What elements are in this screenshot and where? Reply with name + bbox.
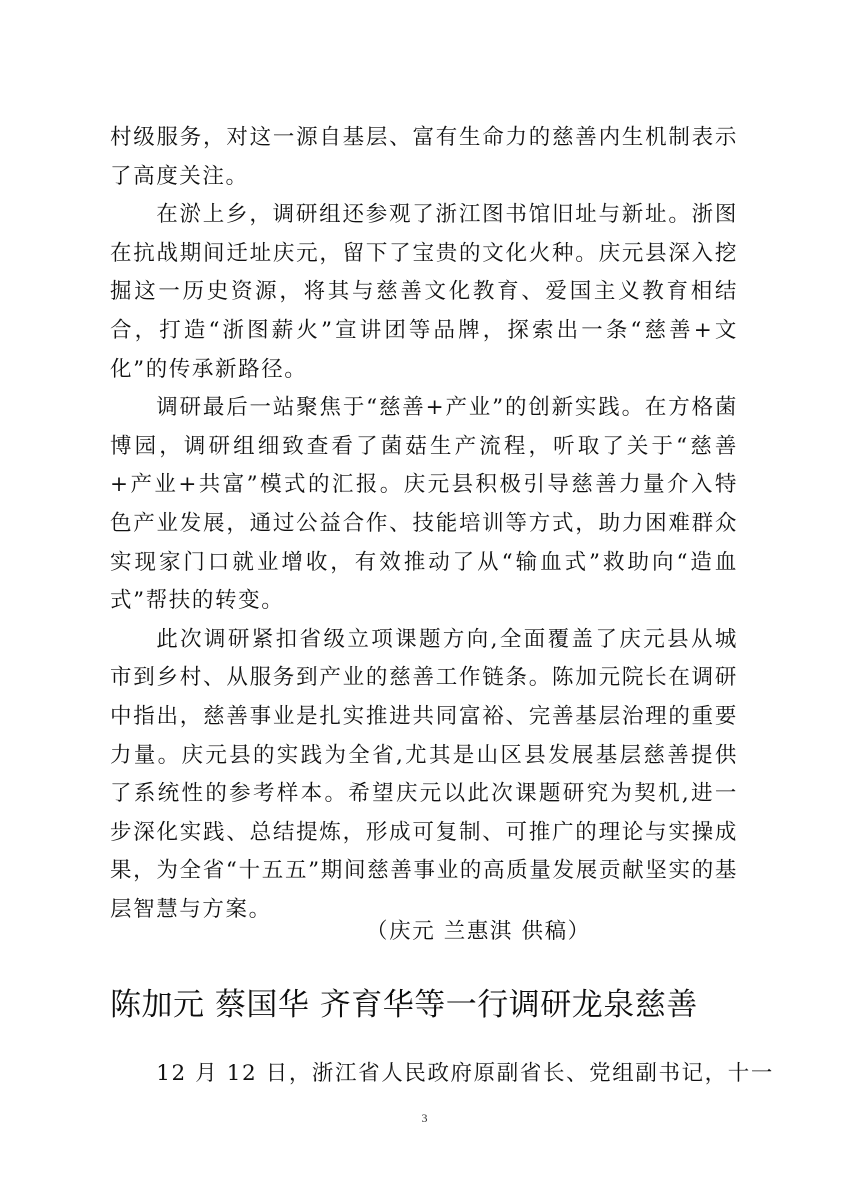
paragraph-4: 此次调研紧扣省级立项课题方向,全面覆盖了庆元县从城市到乡村、从服务到产业的慈善工… <box>110 621 738 930</box>
article-body: 村级服务，对这一源自基层、富有生命力的慈善内生机制表示了高度关注。 在淤上乡，调… <box>110 119 738 929</box>
article-title: 陈加元 蔡国华 齐育华等一行调研龙泉慈善 <box>110 983 698 1027</box>
document-page: 村级服务，对这一源自基层、富有生命力的慈善内生机制表示了高度关注。 在淤上乡，调… <box>0 0 849 1200</box>
byline-text: （庆元 兰惠淇 供稿） <box>366 913 591 951</box>
article-lead-paragraph: 12 月 12 日，浙江省人民政府原副省长、党组副书记，十一 <box>110 1055 738 1093</box>
paragraph-3: 调研最后一站聚焦于“慈善+产业”的创新实践。在方格菌博园，调研组细致查看了菌菇生… <box>110 389 738 621</box>
paragraph-2: 在淤上乡，调研组还参观了浙江图书馆旧址与新址。浙图在抗战期间迁址庆元，留下了宝贵… <box>110 196 738 389</box>
page-number: 3 <box>0 1110 849 1126</box>
paragraph-1: 村级服务，对这一源自基层、富有生命力的慈善内生机制表示了高度关注。 <box>110 119 738 196</box>
